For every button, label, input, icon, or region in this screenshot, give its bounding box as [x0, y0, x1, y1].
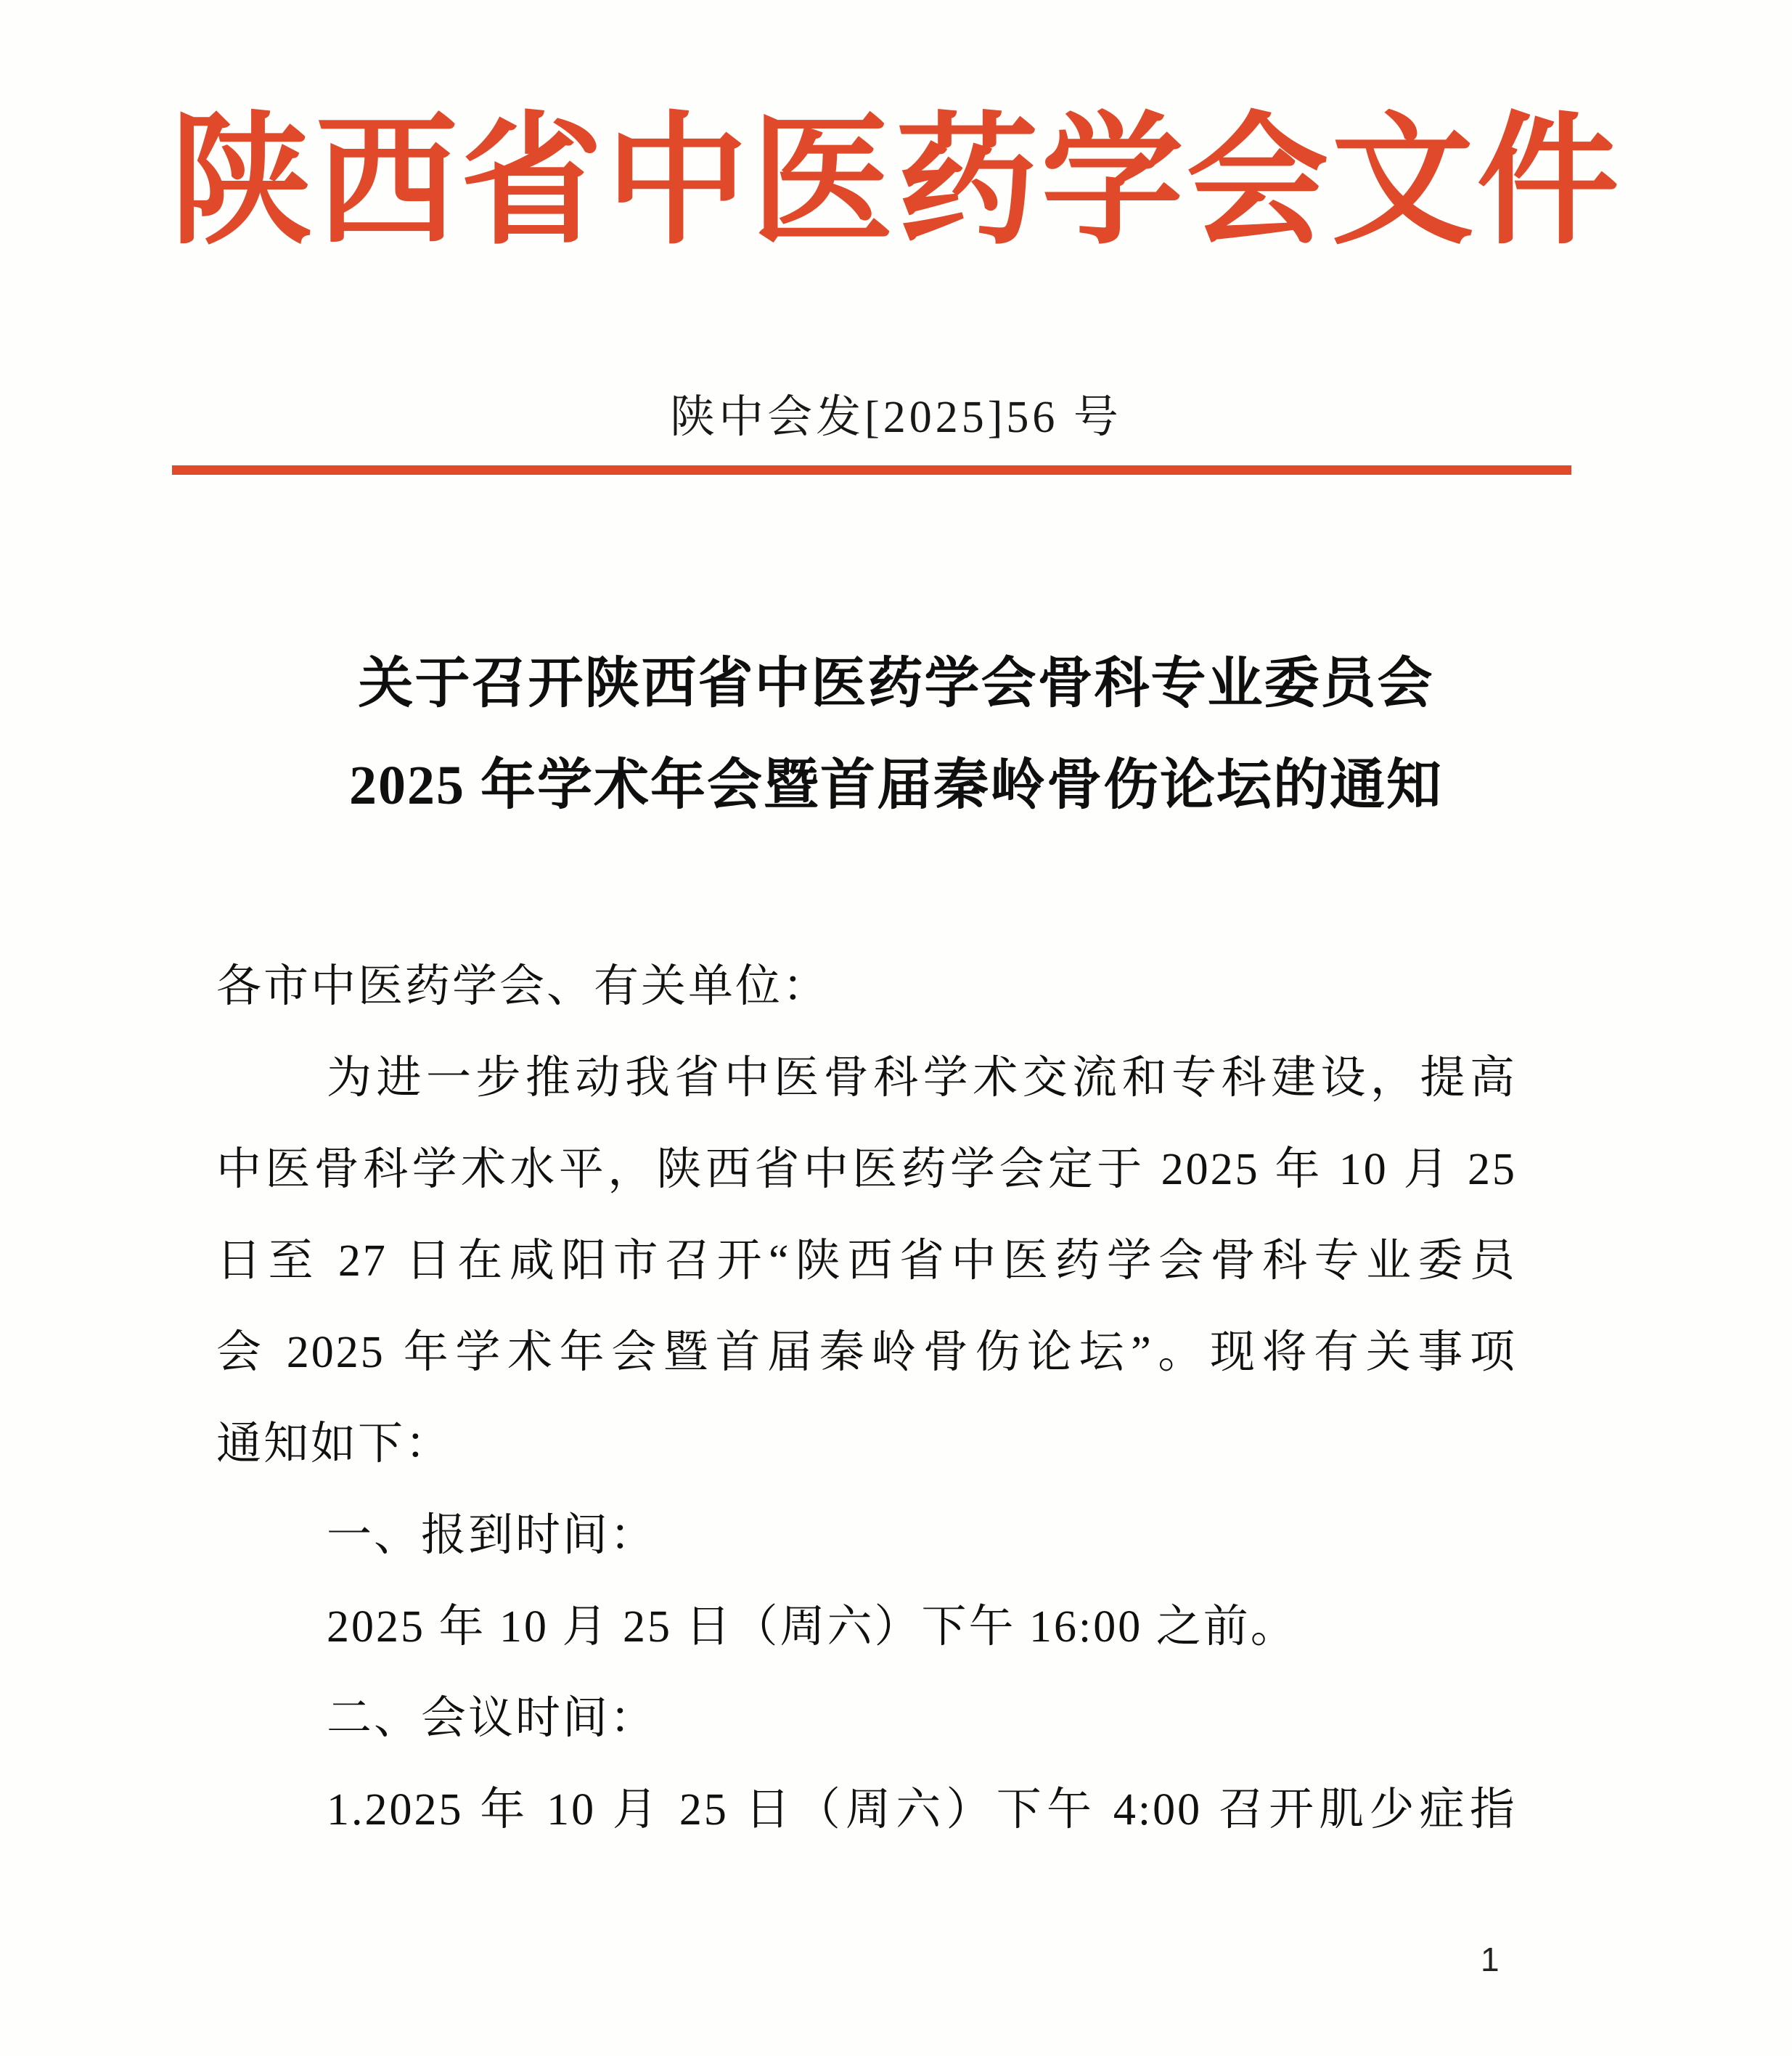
red-divider-line — [172, 465, 1571, 475]
body-line: 日至 27 日在咸阳市召开“陕西省中医药学会骨科专业委员 — [216, 1215, 1517, 1307]
body-line: 1.2025 年 10 月 25 日（周六）下午 4:00 召开肌少症指 — [216, 1764, 1517, 1856]
notice-title-line2: 2025 年学术年会暨首届秦岭骨伤论坛的通知 — [0, 735, 1792, 836]
body-line-section-1: 一、报到时间： — [216, 1490, 1517, 1581]
document-number: 陕中会发[2025]56 号 — [0, 380, 1792, 445]
body-line: 2025 年 10 月 25 日（周六）下午 16:00 之前。 — [216, 1581, 1517, 1673]
body-line: 通知如下： — [216, 1398, 1517, 1490]
body-line-salutation: 各市中医药学会、有关单位： — [216, 941, 1517, 1032]
notice-title-line1: 关于召开陕西省中医药学会骨科专业委员会 — [0, 633, 1792, 735]
page-number: 1 — [1481, 1940, 1500, 1979]
body-line-section-2: 二、会议时间： — [216, 1673, 1517, 1764]
letterhead-title: 陕西省中医药学会文件 — [0, 67, 1792, 272]
notice-title: 关于召开陕西省中医药学会骨科专业委员会 2025 年学术年会暨首届秦岭骨伤论坛的… — [0, 633, 1792, 836]
body-line: 会 2025 年学术年会暨首届秦岭骨伤论坛”。现将有关事项 — [216, 1307, 1517, 1398]
document-page: 陕西省中医药学会文件 陕中会发[2025]56 号 关于召开陕西省中医药学会骨科… — [0, 0, 1792, 2056]
body-text: 各市中医药学会、有关单位： 为进一步推动我省中医骨科学术交流和专科建设，提高 中… — [216, 941, 1517, 1856]
body-line: 为进一步推动我省中医骨科学术交流和专科建设，提高 — [216, 1032, 1517, 1124]
body-line: 中医骨科学术水平，陕西省中医药学会定于 2025 年 10 月 25 — [216, 1124, 1517, 1215]
